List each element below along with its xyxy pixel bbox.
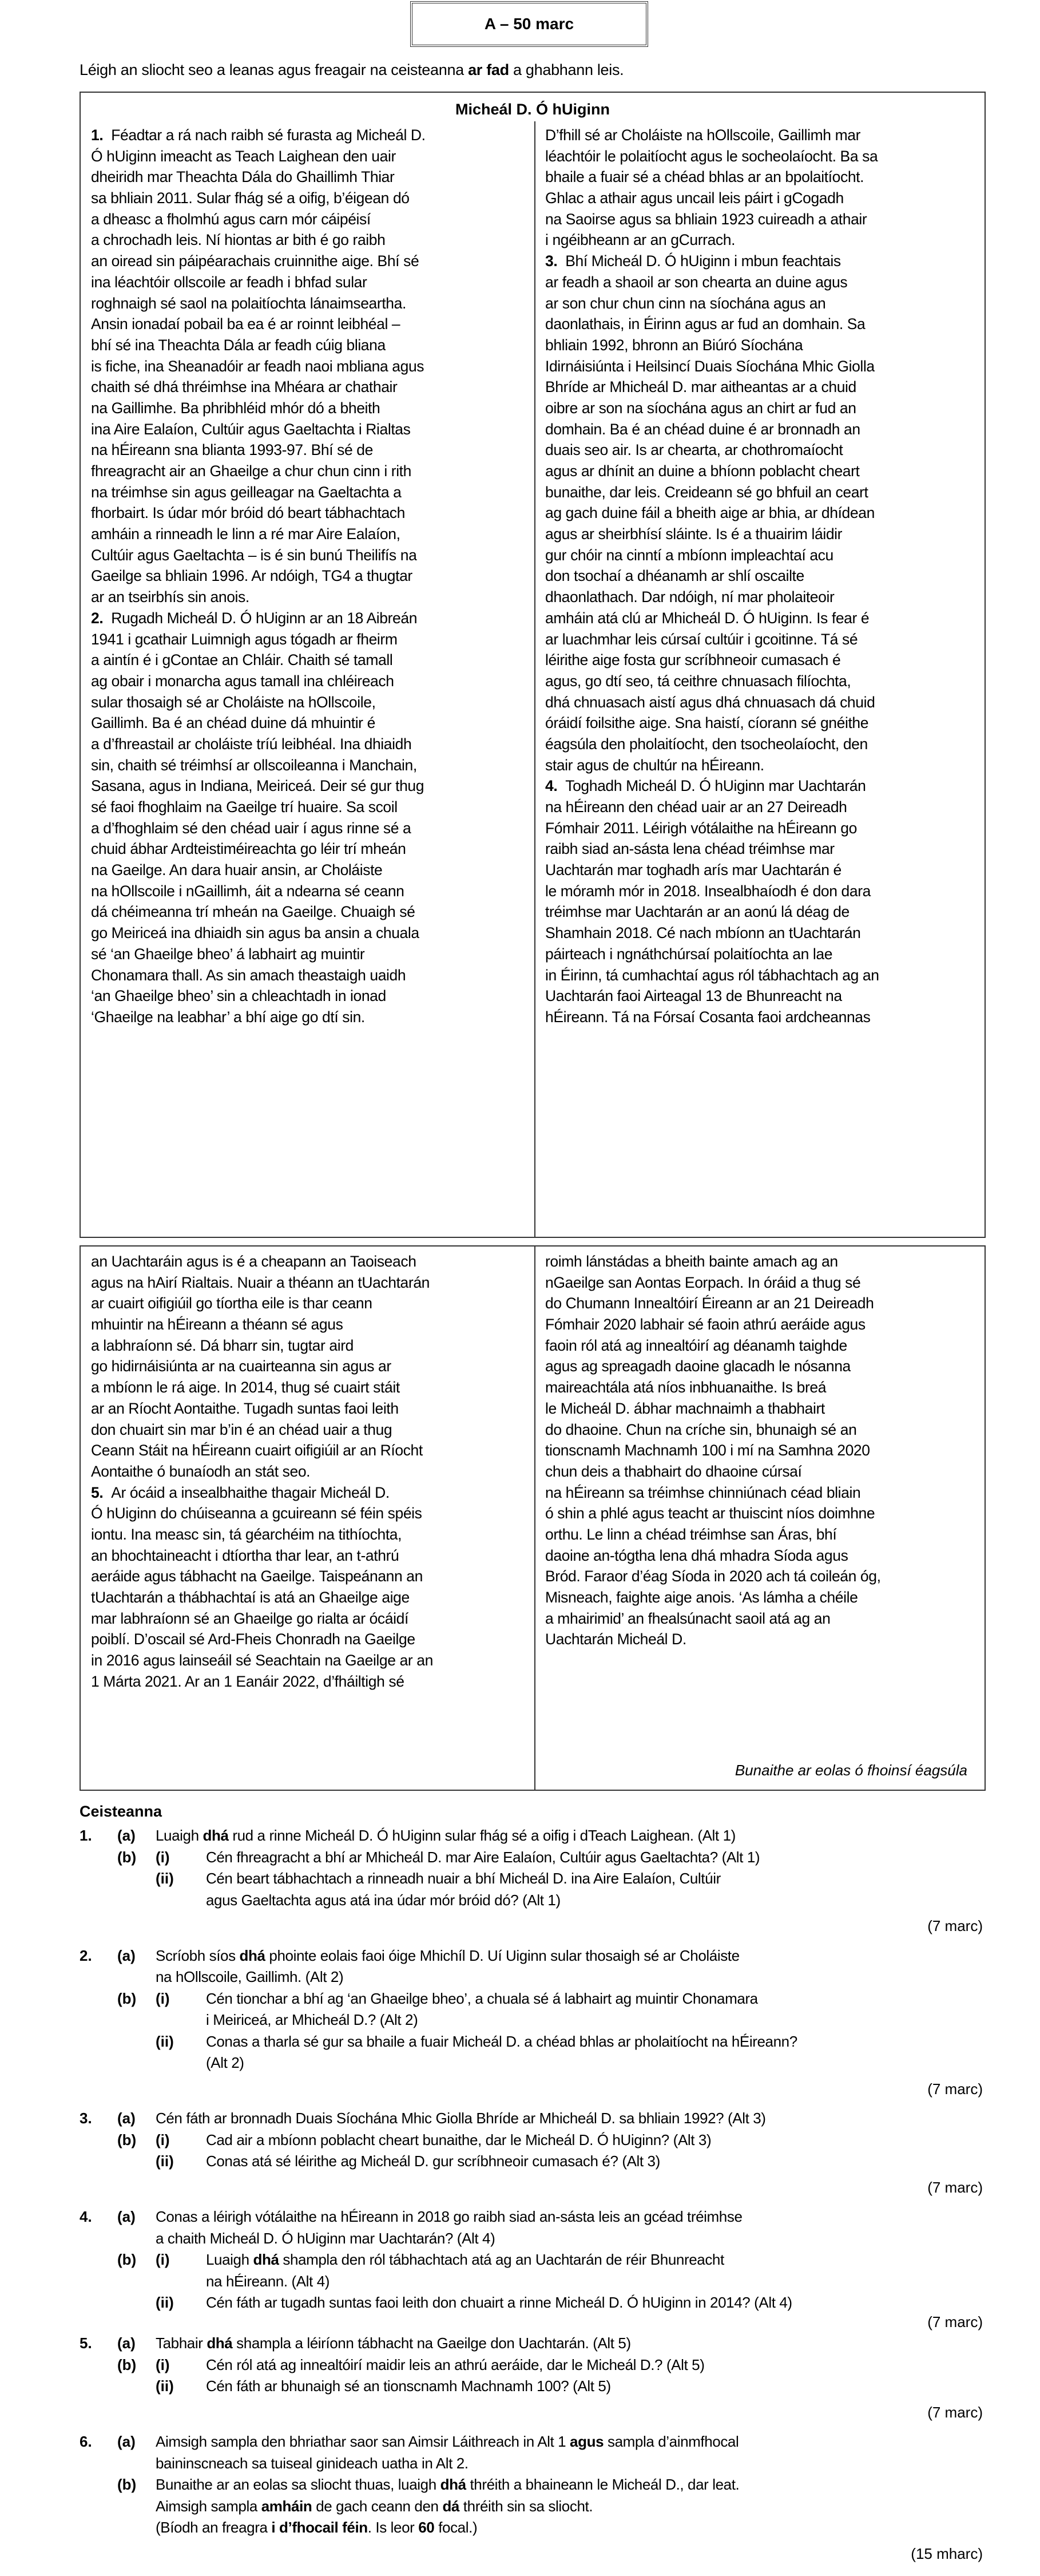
passage-line: léachtóir le polaitíocht agus le socheol… [545,146,879,167]
passage-line: duais seo air. Is ar chearta, ar chothro… [545,440,879,461]
subpart-label: (i) [156,1990,170,2008]
column-divider [534,1247,535,1790]
passage-box-1: Micheál D. Ó hUiginn 1. Féadtar a rá nac… [80,92,986,1238]
passage-line: tionscnamh Machnamh 100 i mí na Samhna 2… [545,1440,881,1461]
passage-line: domhain. Ba é an chéad duine é ar bronna… [545,419,879,440]
paragraph-number: 3. [545,252,565,270]
passage-line: aeráide agus tábhacht na Gaeilge. Taispe… [91,1566,433,1587]
passage-line: maireachtála atá níos inbhuanaithe. Is b… [545,1377,881,1398]
emphasis: dhá [253,2251,279,2268]
passage-line: na hOllscoile i nGaillimh, áit a ndearna… [91,881,426,902]
emphasis: amháin [261,2498,312,2515]
passage-line: le Micheál D. ábhar machnaimh a thabhair… [545,1398,881,1419]
passage-line: mar labhraíonn sé an Ghaeilge go rialta … [91,1608,433,1629]
passage-line: ar feadh a shaoil ar son chearta an duin… [545,272,879,293]
part-label: (b) [117,2356,136,2374]
instructions-emphasis: ar fad [468,61,509,78]
subpart-label: (ii) [156,2377,174,2395]
passage-line: go Meiriceá ina dhiaidh sin agus ba ansi… [91,923,426,944]
passage-line: dheiridh mar Theachta Dála do Ghaillimh … [91,167,426,188]
passage-line: fhreagracht air an Ghaeilge a chur chun … [91,461,426,482]
passage-line: Ceann Stáit na hÉireann cuairt oifigiúil… [91,1440,433,1461]
passage-line: a d’fhreastail ar choláiste tríú leibhéa… [91,734,426,755]
marks-label: (7 marc) [927,2404,983,2421]
subpart-label: (i) [156,2251,170,2269]
passage-line: ar son chur chun cinn na síochána agus a… [545,293,879,314]
marks-label: (7 marc) [927,1917,983,1935]
passage-line: ‘an Ghaeilge bheo’ sin a chleachtadh in … [91,986,426,1007]
question-text: Aimsigh sampla den bhriathar saor san Ai… [156,2433,739,2451]
part-label: (a) [117,2110,136,2127]
passage-line: sé faoi fhoghlaim na Gaeilge trí huaire.… [91,797,426,818]
paragraph-number: 2. [91,610,111,627]
passage-line: daonlathais, in Éirinn agus ar fud an do… [545,314,879,335]
passage-line: Bród. Faraor d’éag Síoda in 2020 ach tá … [545,1566,881,1587]
passage-line: ina Aire Ealaíon, Cultúir agus Gaeltacht… [91,419,426,440]
passage-line: an Uachtaráin agus is é a cheapann an Ta… [91,1251,433,1272]
emphasis: dhá [207,2334,232,2352]
passage-line: Gaeilge sa bhliain 1996. Ar ndóigh, TG4 … [91,565,426,587]
questions-heading: Ceisteanna [80,1803,162,1821]
passage-line: raibh siad an-sásta lena chéad tréimhse … [545,838,879,860]
passage-line: 3. Bhí Micheál D. Ó hUiginn i mbun feach… [545,251,879,272]
passage-line: roghnaigh sé saol na polaitíochta lánaim… [91,293,426,314]
passage-line: agus, go dtí seo, tá ceithre chnuasach f… [545,671,879,692]
passage-line: Ó hUiginn imeacht as Teach Laighean den … [91,146,426,167]
passage-line: sé ‘an Ghaeilge bheo’ á labhairt ag muin… [91,944,426,965]
passage-line: nGaeilge san Aontas Eorpach. In óráid a … [545,1272,881,1293]
passage-column-left: 1. Féadtar a rá nach raibh sé furasta ag… [91,125,426,1028]
question-text: na hOllscoile, Gaillimh. (Alt 2) [156,1968,343,1986]
passage-line: bhí sé ina Theachta Dála ar feadh cúig b… [91,335,426,356]
emphasis: dhá [203,1827,229,1844]
question-text: i Meiriceá, ar Mhicheál D.? (Alt 2) [206,2011,418,2029]
passage-line: sa bhliain 2011. Sular fhág sé a oifig, … [91,188,426,209]
question-text: Cén fáth ar tugadh suntas faoi leith don… [206,2294,792,2312]
passage-line: tréimhse mar Uachtarán ar an aonú lá déa… [545,901,879,923]
passage-line: dhaonlathach. Dar ndóigh, ní mar pholait… [545,587,879,608]
marks-label: (7 marc) [927,2080,983,2098]
passage-line: Aontaithe ó bunaíodh an stát seo. [91,1461,433,1482]
passage-line: daoine an-tógtha lena dhá mhadra Síoda a… [545,1545,881,1566]
subpart-label: (ii) [156,2152,174,2170]
passage-line: ar an Ríocht Aontaithe. Tugadh suntas fa… [91,1398,433,1419]
question-number: 5. [80,2334,92,2352]
part-label: (a) [117,1947,136,1965]
passage-line: Cultúir agus Gaeltachta – is é sin bunú … [91,545,426,566]
passage-line: an oiread sin páipéarachais cruinnithe a… [91,251,426,272]
subpart-label: (ii) [156,2294,174,2312]
passage-line: agus ag spreagadh daoine glacadh le nósa… [545,1356,881,1377]
passage-line: agus na hAirí Rialtais. Nuair a théann a… [91,1272,433,1293]
passage-line: na Gaeilge. An dara huair ansin, ar Chol… [91,860,426,881]
passage-line: a labhraíonn sé. Dá bharr sin, tugtar ai… [91,1335,433,1356]
passage-line: Chonamara thall. As sin amach theastaigh… [91,965,426,986]
passage-line: Bhríde ar Mhicheál D. mar aitheantas ar … [545,377,879,398]
marks-label: (7 marc) [927,2313,983,2331]
part-label: (a) [117,2334,136,2352]
passage-line: bhaile a fuair sé a chéad bhlas ar an bp… [545,167,879,188]
passage-line: 1 Márta 2021. Ar an 1 Eanáir 2022, d’fhá… [91,1671,433,1692]
passage-line: tUachtarán a thábhachtaí is atá an Ghaei… [91,1587,433,1608]
emphasis: dá [442,2498,459,2515]
passage-line: in Éirinn, tá cumhachtaí agus ról tábhac… [545,965,879,986]
passage-line: na hÉireann sa tréimhse chinniúnach céad… [545,1482,881,1503]
passage-line: Uachtarán Micheál D. [545,1629,881,1650]
question-text: Luaigh dhá rud a rinne Micheál D. Ó hUig… [156,1827,736,1845]
paragraph-number: 4. [545,777,565,794]
passage-line: fhorbairt. Is údar mór bróid dó beart tá… [91,502,426,524]
passage-line: Uachtarán faoi Airteagal 13 de Bhunreach… [545,986,879,1007]
passage-line: Uachtarán mar toghadh arís mar Uachtarán… [545,860,879,881]
passage-line: a d’fhoghlaim sé den chéad uair í agus r… [91,818,426,839]
passage-column-right: D’fhill sé ar Choláiste na hOllscoile, G… [545,125,879,1028]
question-text: na hÉireann. (Alt 4) [206,2273,330,2290]
passage-line: Misneach, faighte aige anois. ‘As lámha … [545,1587,881,1608]
passage-line: chun deis a thabhairt do dhaoine cúrsaí [545,1461,881,1482]
passage-line: sin, chaith sé tréimhsí ar ollscoileanna… [91,755,426,776]
passage-line: sular thosaigh sé ar Choláiste na hOllsc… [91,692,426,713]
passage-line: go hidirnáisiúnta ar na cuairteanna sin … [91,1356,433,1377]
question-number: 3. [80,2110,92,2127]
passage-line: le móramh mór in 2018. Insealbhaíodh é d… [545,881,879,902]
passage-line: léirithe aige fosta gur scríbhneoir cuma… [545,650,879,671]
question-text: Cad air a mbíonn poblacht cheart bunaith… [206,2131,711,2149]
part-label: (b) [117,1990,136,2008]
question-text: Cén fáth ar bronnadh Duais Síochána Mhic… [156,2110,766,2127]
part-label: (b) [117,2131,136,2149]
question-text: Conas a léirigh vótálaithe na hÉireann i… [156,2208,743,2226]
paragraph-number: 1. [91,126,111,144]
passage-line: dá chéimeanna trí mheán na Gaeilge. Chua… [91,901,426,923]
passage-line: i ngéibheann ar an gCurrach. [545,229,879,251]
passage-line: ag obair i monarcha agus tamall ina chlé… [91,671,426,692]
question-text: (Alt 2) [206,2054,244,2072]
part-label: (a) [117,2433,136,2451]
part-label: (b) [117,2476,136,2494]
passage-line: bhliain 1992, bhronn an Biúró Síochána [545,335,879,356]
part-label: (a) [117,1827,136,1845]
question-text: Conas atá sé léirithe ag Micheál D. gur … [206,2152,660,2170]
passage-line: ar an tseirbhís sin anois. [91,587,426,608]
passage-line: roimh lánstádas a bheith bainte amach ag… [545,1251,881,1272]
marks-label: (15 mharc) [911,2545,983,2563]
subpart-label: (i) [156,1849,170,1866]
passage-line: Idirnáisiúnta i Heilsincí Duais Síochána… [545,356,879,377]
question-text: agus Gaeltachta agus atá ina údar mór br… [206,1892,561,1909]
source-attribution: Bunaithe ar eolas ó fhoinsí éagsúla [735,1762,967,1779]
passage-line: chuid ábhar Ardteistiméireachta go léir … [91,838,426,860]
passage-line: 2. Rugadh Micheál D. Ó hUiginn ar an 18 … [91,608,426,629]
passage-line: páirteach i ngnáthchúrsaí polaitíochta a… [545,944,879,965]
section-title: A – 50 marc [485,15,574,33]
passage-line: gur chóir na cinntí a mbíonn impleachtaí… [545,545,879,566]
question-text: Scríobh síos dhá phointe eolais faoi óig… [156,1947,740,1965]
passage-line: Shamhain 2018. Cé nach mbíonn an tUachta… [545,923,879,944]
passage-line: óráidí foilsithe aige. Sna haistí, cíora… [545,713,879,734]
question-text: Aimsigh sampla amháin de gach ceann den … [156,2498,593,2515]
passage-line: a aintín é i gContae an Chláir. Chaith s… [91,650,426,671]
question-text: Bunaithe ar an eolas sa sliocht thuas, l… [156,2476,739,2494]
passage-line: na Saoirse agus sa bhliain 1923 cuireadh… [545,209,879,230]
part-label: (b) [117,1849,136,1866]
passage-line: a chrochadh leis. Ní hiontas ar bith é g… [91,229,426,251]
question-text: Cén tionchar a bhí ag ‘an Ghaeilge bheo’… [206,1990,758,2008]
question-number: 6. [80,2433,92,2451]
passage-line: a dheasc a fholmhú agus carn mór cáipéis… [91,209,426,230]
passage-line: na tréimhse sin agus geilleagar na Gaelt… [91,482,426,503]
passage-line: bunaithe, dar leis. Creideann sé go bhfu… [545,482,879,503]
passage-line: Ghlac a athair agus uncail leis páirt i … [545,188,879,209]
passage-line: in 2016 agus lainseáil sé Seachtain na G… [91,1650,433,1671]
passage-line: na hÉireann sna blianta 1993-97. Bhí sé … [91,440,426,461]
passage-title: Micheál D. Ó hUiginn [81,101,985,118]
question-text: baininscneach sa tuiseal ginideach uatha… [156,2455,469,2472]
passage-line: Sasana, agus in Indiana, Meiriceá. Deir … [91,775,426,797]
passage-line: don tsochaí a dhéanamh ar shlí oscailte [545,565,879,587]
passage-line: chaith sé dhá thréimhse ina Mhéara ar ch… [91,377,426,398]
passage-line: ar cuairt oifigiúil go tíortha eile is t… [91,1293,433,1314]
column-divider [534,121,535,1237]
passage-line: na hÉireann den chéad uair ar an 27 Deir… [545,797,879,818]
passage-line: poiblí. D’oscail sé Ard-Fheis Chonradh n… [91,1629,433,1650]
passage-line: agus ar sheirbhísí sláinte. Is é a thuai… [545,524,879,545]
passage-line: ina léachtóir ollscoile ar feadh i bhfad… [91,272,426,293]
emphasis: i d’fhocail féin [271,2519,367,2536]
passage-line: Fómhair 2020 labhair sé faoin athrú aerá… [545,1314,881,1335]
passage-column-right: roimh lánstádas a bheith bainte amach ag… [545,1251,881,1650]
passage-line: mhuintir na hÉireann a théann sé agus [91,1314,433,1335]
question-text: Tabhair dhá shampla a léiríonn tábhacht … [156,2334,631,2352]
passage-line: amháin atá clú ar Mhicheál D. Ó hUiginn.… [545,608,879,629]
passage-line: na Gaillimhe. Ba phribhléid mhór dó a bh… [91,398,426,419]
passage-line: ar luachmhar leis cúrsaí cultúir i gcoit… [545,629,879,650]
question-number: 1. [80,1827,92,1845]
passage-line: 5. Ar ócáid a insealbhaithe thagair Mich… [91,1482,433,1503]
emphasis: agus [570,2433,604,2450]
emphasis: dhá [240,1947,265,1964]
passage-line: Ó hUiginn do chúiseanna a gcuireann sé f… [91,1503,433,1524]
subpart-label: (i) [156,2131,170,2149]
emphasis: dhá [440,2476,466,2493]
question-text: (Bíodh an freagra i d’fhocail féin. Is l… [156,2519,477,2537]
question-text: Luaigh dhá shampla den ról tábhachtach a… [206,2251,724,2269]
passage-line: ag gach duine fáil a bheith aige ar bhia… [545,502,879,524]
question-text: Cén fáth ar bhunaigh sé an tionscnamh Ma… [206,2377,611,2395]
section-title-box: A – 50 marc [410,1,648,47]
passage-line: Ansin ionadaí pobail ba ea é ar roinnt l… [91,314,426,335]
passage-column-left: an Uachtaráin agus is é a cheapann an Ta… [91,1251,433,1692]
part-label: (b) [117,2251,136,2269]
question-text: Cén fhreagracht a bhí ar Mhicheál D. mar… [206,1849,760,1866]
passage-line: orthu. Le linn a chéad tréimhse san Áras… [545,1524,881,1545]
passage-line: do dhaoine. Chun na críche sin, bhunaigh… [545,1419,881,1441]
passage-line: iontu. Ina measc sin, tá géarchéim na ti… [91,1524,433,1545]
passage-line: don chuairt sin mar b’in é an chéad uair… [91,1419,433,1441]
passage-line: an bhochtaineacht i dtíortha thar lear, … [91,1545,433,1566]
passage-line: dhá chnuasach aistí agus dhá chnuasach d… [545,692,879,713]
marks-label: (7 marc) [927,2179,983,2197]
passage-line: ó shin a phlé agus teacht ar thuiscint n… [545,1503,881,1524]
passage-line: stair agus de chultúr na hÉireann. [545,755,879,776]
passage-line: oibre ar son na síochána agus an chirt a… [545,398,879,419]
passage-line: a mhairimid’ an fhealsúnacht saoil atá a… [545,1608,881,1629]
emphasis: 60 [418,2519,434,2536]
passage-box-2: an Uachtaráin agus is é a cheapann an Ta… [80,1245,986,1791]
passage-line: 4. Toghadh Micheál D. Ó hUiginn mar Uach… [545,775,879,797]
question-text: a chaith Micheál D. Ó hUiginn mar Uachta… [156,2230,495,2247]
question-number: 4. [80,2208,92,2226]
subpart-label: (ii) [156,2033,174,2051]
passage-line: 1. Féadtar a rá nach raibh sé furasta ag… [91,125,426,146]
passage-line: 1941 i gcathair Luimnigh agus tógadh ar … [91,629,426,650]
question-number: 2. [80,1947,92,1965]
question-text: Cén ról atá ag innealtóirí maidir leis a… [206,2356,704,2374]
passage-line: Gaillimh. Ba é an chéad duine dá mhuinti… [91,713,426,734]
passage-line: Fómhair 2011. Léirigh vótálaithe na hÉir… [545,818,879,839]
question-text: Conas a tharla sé gur sa bhaile a fuair … [206,2033,797,2051]
passage-line: amháin a rinneadh le linn a ré mar Aire … [91,524,426,545]
passage-line: agus ar dhínit an duine a bhíonn poblach… [545,461,879,482]
passage-line: hÉireann. Tá na Fórsaí Cosanta faoi ardc… [545,1007,879,1028]
paragraph-number: 5. [91,1484,111,1501]
subpart-label: (i) [156,2356,170,2374]
instructions: Léigh an sliocht seo a leanas agus freag… [80,61,624,79]
passage-line: ‘Ghaeilge na leabhar’ a bhí aige go dtí … [91,1007,426,1028]
question-text: Cén beart tábhachtach a rinneadh nuair a… [206,1870,721,1888]
passage-line: do Chumann Innealtóirí Éireann ar an 21 … [545,1293,881,1314]
passage-line: D’fhill sé ar Choláiste na hOllscoile, G… [545,125,879,146]
subpart-label: (ii) [156,1870,174,1888]
part-label: (a) [117,2208,136,2226]
passage-line: faoin ról atá ag innealtóirí ag déanamh … [545,1335,881,1356]
passage-line: éagsúla den pholaitíocht, den tsocheolaí… [545,734,879,755]
passage-line: a mbíonn le rá aige. In 2014, thug sé cu… [91,1377,433,1398]
passage-line: is fiche, ina Sheanadóir ar feadh naoi m… [91,356,426,377]
